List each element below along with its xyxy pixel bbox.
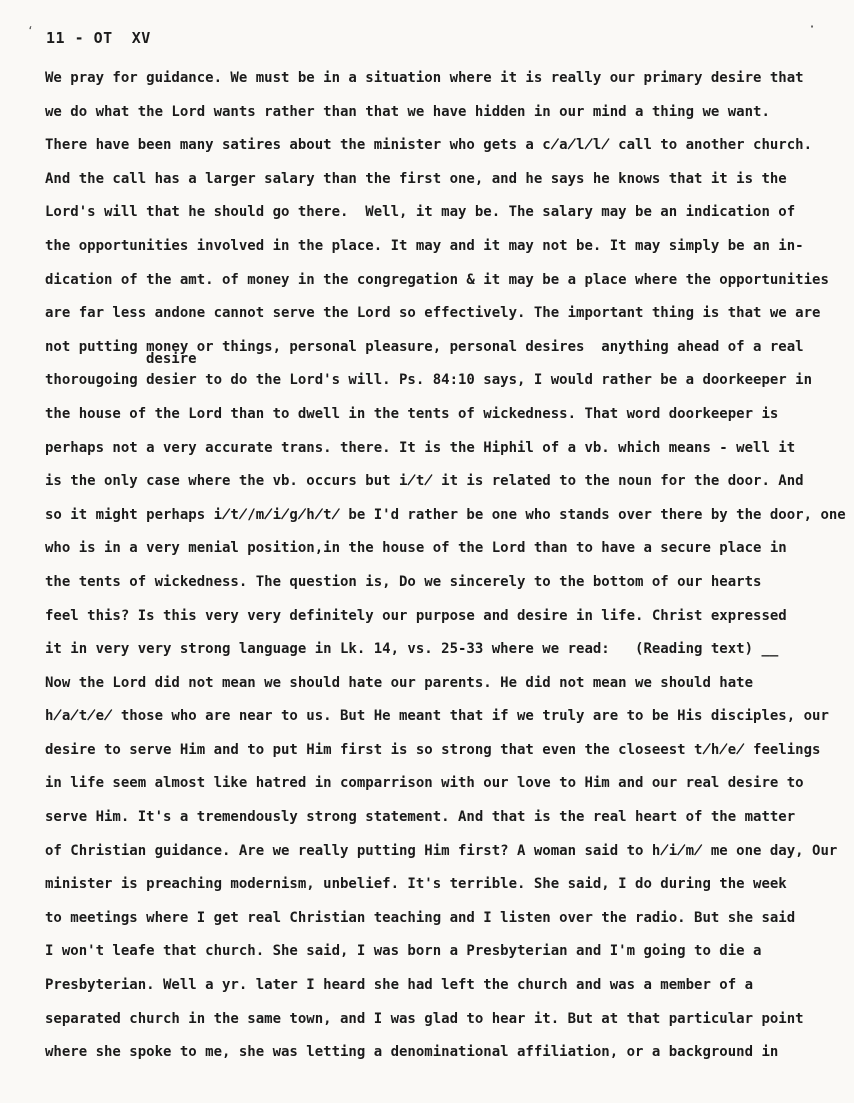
corner-tick-mark: ‘ xyxy=(27,24,34,37)
text-line: who is in a very menial position,in the … xyxy=(45,532,848,566)
text-line: the tents of wickedness. The question is… xyxy=(45,566,848,600)
text-line: the house of the Lord than to dwell in t… xyxy=(45,398,848,432)
text-line: I won't leafe that church. She said, I w… xyxy=(45,935,848,969)
text-line: of Christian guidance. Are we really put… xyxy=(45,835,848,869)
text-line: thorougoing desier to do the Lord's will… xyxy=(45,364,848,398)
text-line: are far less andone cannot serve the Lor… xyxy=(45,297,848,331)
page-header: 11 - OT XV xyxy=(46,29,151,47)
text-line: Lord's will that he should go there. Wel… xyxy=(45,196,848,230)
text-line: h̸a̸t̸e̸ those who are near to us. But H… xyxy=(45,700,848,734)
text-line: minister is preaching modernism, unbelie… xyxy=(45,868,848,902)
corner-dot-mark: · xyxy=(808,20,816,35)
text-line: separated church in the same town, and I… xyxy=(45,1003,848,1037)
typescript-body: We pray for guidance. We must be in a si… xyxy=(45,62,848,1070)
text-line: We pray for guidance. We must be in a si… xyxy=(45,62,848,96)
text-line: so it might perhaps i̸t̸/m̸i̸g̸h̸t̸ be I… xyxy=(45,499,848,533)
text-line: Now the Lord did not mean we should hate… xyxy=(45,667,848,701)
text-line: dication of the amt. of money in the con… xyxy=(45,264,848,298)
text-line: perhaps not a very accurate trans. there… xyxy=(45,432,848,466)
text-line: the opportunities involved in the place.… xyxy=(45,230,848,264)
text-line: desire to serve Him and to put Him first… xyxy=(45,734,848,768)
text-line: is the only case where the vb. occurs bu… xyxy=(45,465,848,499)
text-line: it in very very strong language in Lk. 1… xyxy=(45,633,848,667)
text-line: And the call has a larger salary than th… xyxy=(45,163,848,197)
text-line: serve Him. It's a tremendously strong st… xyxy=(45,801,848,835)
text-line: in life seem almost like hatred in compa… xyxy=(45,767,848,801)
interline-insertion: desire xyxy=(146,352,197,366)
text-line: feel this? Is this very very definitely … xyxy=(45,600,848,634)
text-line: to meetings where I get real Christian t… xyxy=(45,902,848,936)
text-line: Presbyterian. Well a yr. later I heard s… xyxy=(45,969,848,1003)
text-line: where she spoke to me, she was letting a… xyxy=(45,1036,848,1070)
text-line: There have been many satires about the m… xyxy=(45,129,848,163)
text-line: we do what the Lord wants rather than th… xyxy=(45,96,848,130)
document-page: ‘ 11 - OT XV · We pray for guidance. We … xyxy=(0,0,854,1103)
